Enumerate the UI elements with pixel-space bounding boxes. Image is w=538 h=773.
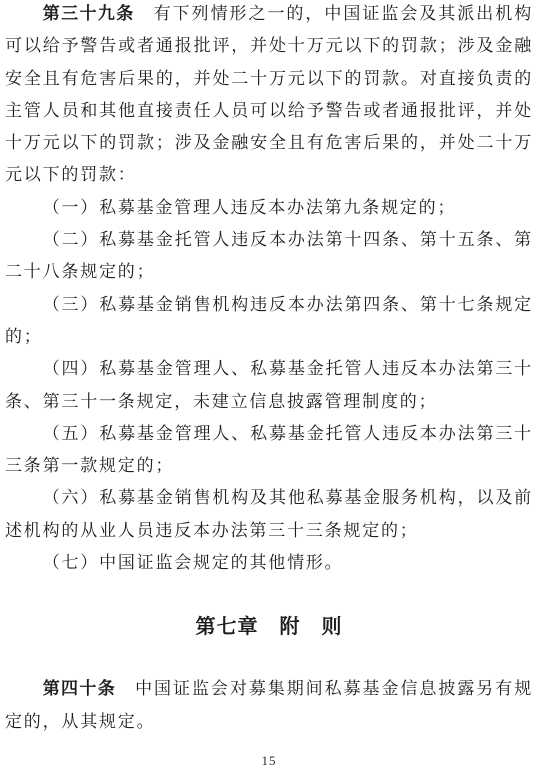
article-40-block: 第四十条 中国证监会对募集期间私募基金信息披露另有规定的，从其规定。 [5,678,533,743]
document-page: 第三十九条 有下列情形之一的，中国证监会及其派出机构可以给予警告或者通报批评，并… [0,0,538,773]
text-line: （二）私募基金托管人违反本办法第十四条、第十五条、第 [5,229,533,261]
article-number: 第三十九条 [43,4,135,23]
line-text: （一）私募基金管理人违反本办法第九条规定的； [43,198,457,217]
text-line: 三条第一款规定的； [5,455,533,487]
line-text: 元以下的罚款： [5,165,137,184]
line-text: 三条第一款规定的； [5,456,174,475]
text-line: 第三十九条 有下列情形之一的，中国证监会及其派出机构 [5,3,533,35]
text-line: 第四十条 中国证监会对募集期间私募基金信息披露另有规 [5,678,533,710]
line-text: 有下列情形之一的，中国证监会及其派出机构 [135,4,533,23]
text-line: 元以下的罚款： [5,164,533,196]
line-text: 中国证监会对募集期间私募基金信息披露另有规 [116,679,533,698]
text-line: 安全且有危害后果的，并处二十万元以下的罚款。对直接负责的 [5,68,533,100]
text-line: 十万元以下的罚款；涉及金融安全且有危害后果的，并处二十万 [5,132,533,164]
text-line: 主管人员和其他直接责任人员可以给予警告或者通报批评，并处 [5,100,533,132]
text-line: 定的，从其规定。 [5,711,533,743]
line-text: 述机构的从业人员违反本办法第三十三条规定的； [5,521,419,540]
line-text: 可以给予警告或者通报批评，并处十万元以下的罚款；涉及金融 [5,36,533,55]
page-number: 15 [5,754,533,768]
text-line: （三）私募基金销售机构违反本办法第四条、第十七条规定 [5,294,533,326]
line-text: （二）私募基金托管人违反本办法第十四条、第十五条、第 [43,230,533,249]
text-line: 可以给予警告或者通报批评，并处十万元以下的罚款；涉及金融 [5,35,533,67]
text-line: 二十八条规定的； [5,261,533,293]
line-text: （三）私募基金销售机构违反本办法第四条、第十七条规定 [43,295,533,314]
line-text: 十万元以下的罚款；涉及金融安全且有危害后果的，并处二十万 [5,133,533,152]
line-text: （四）私募基金管理人、私募基金托管人违反本办法第三十 [43,359,533,378]
text-line: 述机构的从业人员违反本办法第三十三条规定的； [5,520,533,552]
page-content: 第三十九条 有下列情形之一的，中国证监会及其派出机构可以给予警告或者通报批评，并… [0,0,538,768]
text-line: （四）私募基金管理人、私募基金托管人违反本办法第三十 [5,358,533,390]
line-text: 二十八条规定的； [5,262,155,281]
text-line: 条、第三十一条规定，未建立信息披露管理制度的； [5,391,533,423]
section-gap [5,584,533,616]
text-line: （六）私募基金销售机构及其他私募基金服务机构，以及前 [5,487,533,519]
section-gap [5,638,533,678]
line-text: 定的，从其规定。 [5,712,155,731]
line-text: 的； [5,327,43,346]
text-line: （七）中国证监会规定的其他情形。 [5,552,533,584]
line-text: （五）私募基金管理人、私募基金托管人违反本办法第三十 [43,424,533,443]
line-text: 主管人员和其他直接责任人员可以给予警告或者通报批评，并处 [5,101,533,120]
line-text: 条、第三十一条规定，未建立信息披露管理制度的； [5,392,437,411]
article-number: 第四十条 [43,679,116,698]
text-line: 的； [5,326,533,358]
article-39-block: 第三十九条 有下列情形之一的，中国证监会及其派出机构可以给予警告或者通报批评，并… [5,3,533,584]
text-line: （五）私募基金管理人、私募基金托管人违反本办法第三十 [5,423,533,455]
text-line: （一）私募基金管理人违反本办法第九条规定的； [5,197,533,229]
line-text: （六）私募基金销售机构及其他私募基金服务机构，以及前 [43,488,533,507]
line-text: 安全且有危害后果的，并处二十万元以下的罚款。对直接负责的 [5,69,533,88]
line-text: （七）中国证监会规定的其他情形。 [43,553,344,572]
chapter-heading: 第七章 附 则 [5,616,533,638]
